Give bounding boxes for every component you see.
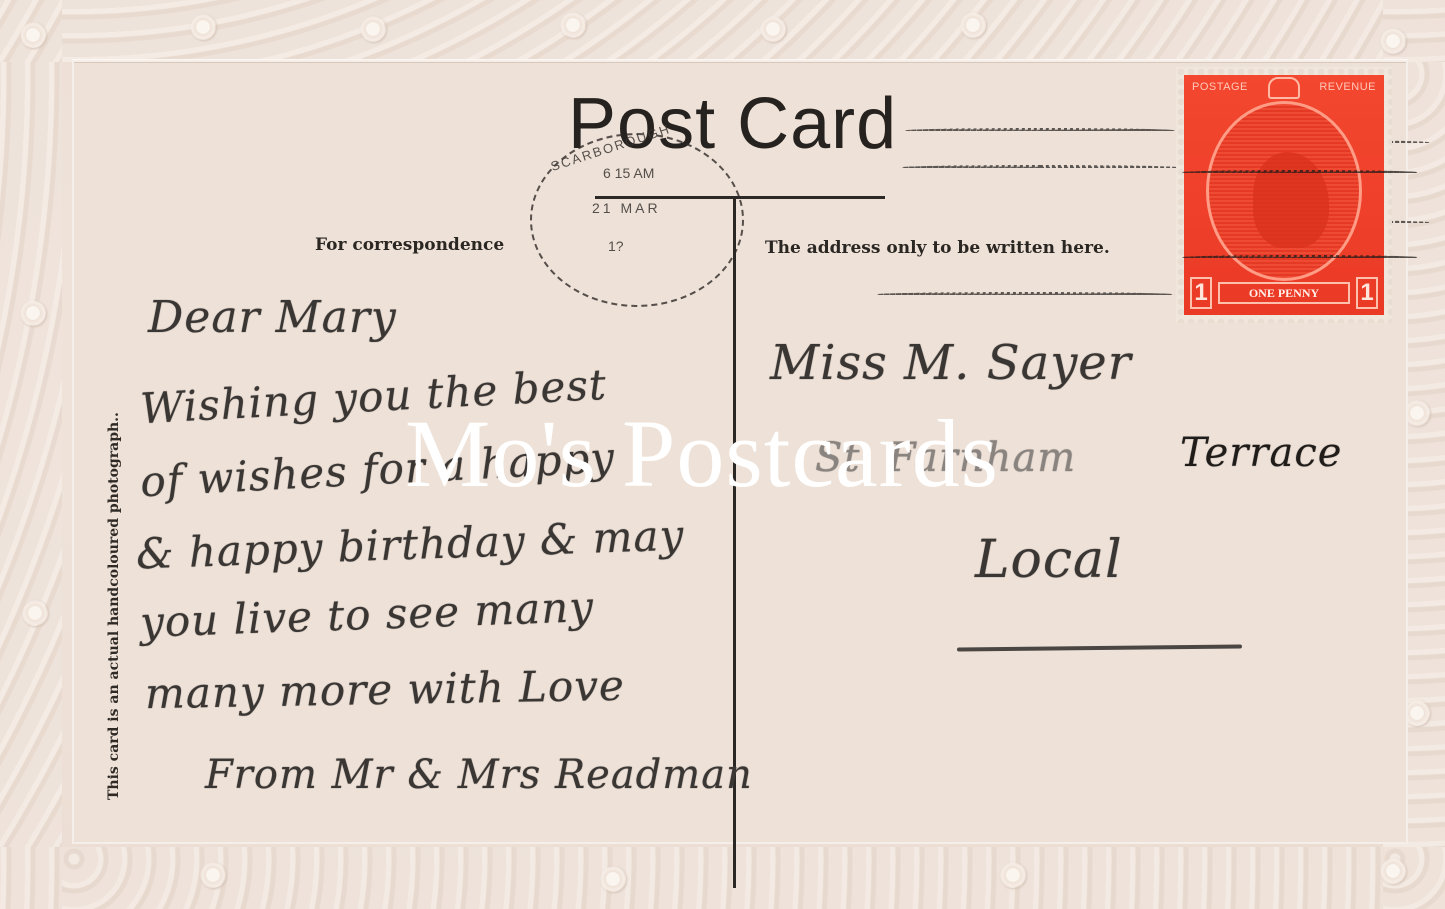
- cancellation-wave: [875, 292, 1175, 297]
- address-street: Terrace: [1180, 430, 1342, 476]
- king-portrait-oval: [1206, 101, 1362, 281]
- flower-ornament-icon: [1380, 28, 1406, 54]
- flower-ornament-icon: [1000, 862, 1026, 888]
- flower-ornament-icon: [200, 862, 226, 888]
- flower-ornament-icon: [560, 12, 586, 38]
- cancellation-wave: [905, 128, 1175, 133]
- address-town: Local: [975, 530, 1123, 590]
- message-signature: From Mr & Mrs Readman: [205, 752, 753, 798]
- address-label: The address only to be written here.: [765, 238, 1110, 258]
- stamp-value-left: 1: [1190, 277, 1212, 309]
- flower-ornament-icon: [600, 866, 626, 892]
- flower-ornament-icon: [20, 300, 46, 326]
- flower-ornament-icon: [360, 16, 386, 42]
- flower-ornament-icon: [960, 12, 986, 38]
- watermark: Mo's Postcards: [405, 398, 999, 509]
- postmark-time: 6 15 AM: [603, 165, 654, 181]
- message-line: Dear Mary: [148, 292, 397, 343]
- message-line: many more with Love: [145, 661, 626, 718]
- stamp-postage-label: POSTAGE: [1192, 81, 1248, 93]
- stamp-denomination: ONE PENNY: [1218, 282, 1350, 304]
- flower-ornament-icon: [1380, 858, 1406, 884]
- crown-icon: [1268, 77, 1300, 99]
- postage-stamp: POSTAGE REVENUE 1 ONE PENNY 1: [1176, 67, 1392, 323]
- cancellation-wave: [900, 165, 1180, 170]
- flower-ornament-icon: [22, 600, 48, 626]
- postmark-date: 21 MAR: [592, 200, 661, 216]
- stamp-cancellation-wave: [1180, 170, 1420, 175]
- flower-ornament-icon: [760, 16, 786, 42]
- stamp-cancellation-wave: [1180, 255, 1420, 260]
- correspondence-label: For correspondence: [315, 235, 504, 255]
- address-name: Miss M. Sayer: [770, 335, 1132, 391]
- flower-ornament-icon: [190, 14, 216, 40]
- postcard-back: Post Card SCARBOROUGH 6 15 AM 21 MAR 1? …: [0, 0, 1445, 909]
- stamp-footer: 1 ONE PENNY 1: [1184, 277, 1384, 309]
- stamp-revenue-label: REVENUE: [1319, 81, 1376, 93]
- stamp-value-right: 1: [1356, 277, 1378, 309]
- flower-ornament-icon: [20, 22, 46, 48]
- king-head-icon: [1253, 152, 1329, 248]
- stamp-face: POSTAGE REVENUE 1 ONE PENNY 1: [1184, 75, 1384, 315]
- photograph-note: This card is an actual handcoloured phot…: [106, 412, 122, 800]
- postmark-year: 1?: [608, 238, 624, 254]
